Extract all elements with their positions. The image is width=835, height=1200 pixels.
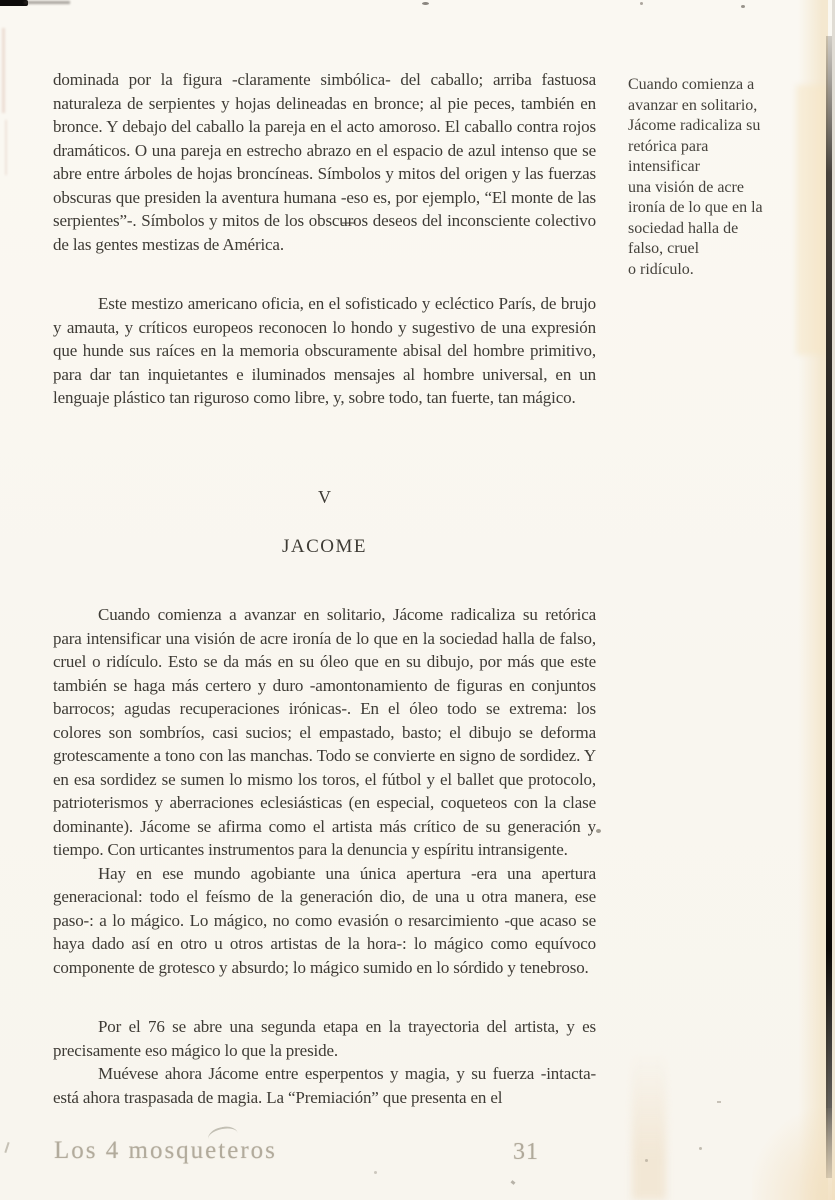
scan-artifact-topleft-bar (0, 0, 28, 6)
section-number: V (53, 487, 596, 508)
scanned-book-page: dominada por la figura -claramente simbó… (0, 0, 835, 1200)
scan-artifact-speck (717, 1101, 721, 1103)
scan-artifact-speck (422, 2, 429, 5)
body-paragraph-group: Cuando comienza a avanzar en solitario, … (53, 603, 596, 979)
scan-artifact-speck (511, 1180, 516, 1185)
body-paragraph-5: Por el 76 se abre una segunda etapa en l… (53, 1015, 596, 1062)
margin-pull-quote: Cuando comienza a avanzar en solitario, … (628, 75, 823, 280)
scan-artifact-speck (741, 5, 745, 8)
body-paragraph-1: dominada por la figura -claramente simbó… (53, 68, 596, 256)
scan-artifact-topleft-tail (24, 1, 70, 4)
scan-artifact-ink-dot (596, 829, 601, 833)
scan-artifact-left-streak (2, 28, 5, 113)
body-paragraph-group: Por el 76 se abre una segunda etapa en l… (53, 1015, 596, 1109)
scan-artifact-speck (699, 1147, 702, 1150)
body-paragraph-2: Este mestizo americano oficia, en el sof… (53, 292, 596, 410)
scan-artifact-speck (374, 1171, 377, 1174)
page-number: 31 (513, 1139, 539, 1166)
scan-artifact-book-edge-line (826, 36, 832, 1178)
section-title: JACOME (53, 536, 596, 558)
running-title: Los 4 mosqueteros (54, 1137, 277, 1165)
scan-artifact-speck (640, 2, 643, 5)
scan-artifact-left-streak (5, 120, 7, 175)
body-paragraph-3: Cuando comienza a avanzar en solitario, … (53, 603, 596, 862)
scan-artifact-corner-tint (752, 1108, 835, 1200)
body-paragraph-4: Hay en ese mundo agobiante una única ape… (53, 862, 596, 980)
scan-artifact-speck (645, 1159, 648, 1162)
scan-artifact-bottom-streak (632, 1052, 666, 1200)
body-paragraph-6: Muévese ahora Jácome entre esperpentos y… (53, 1062, 596, 1109)
scan-artifact-slash-mark (4, 1142, 9, 1153)
